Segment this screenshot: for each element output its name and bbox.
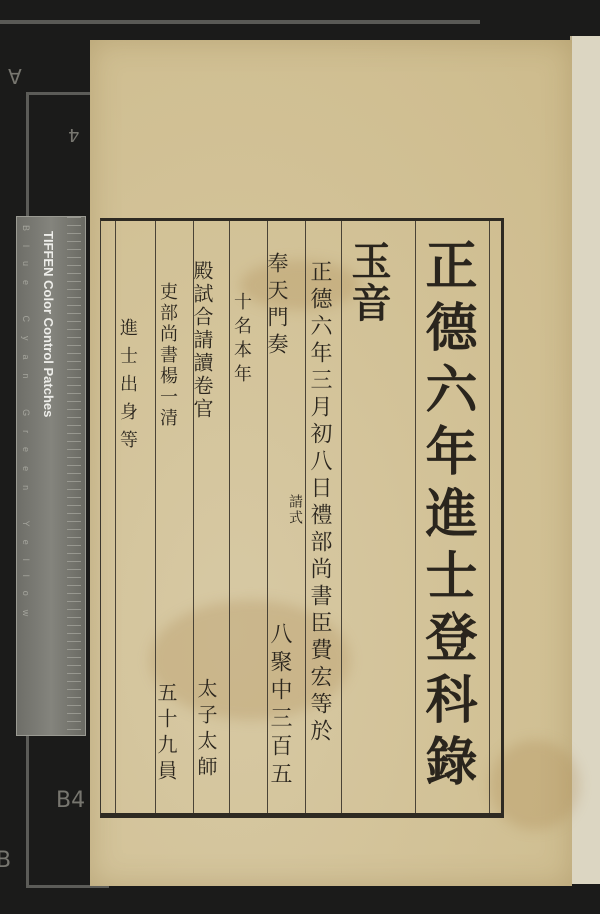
text-column-3: 十名本年: [232, 292, 250, 388]
strip-brand: TIFFEN Color Control Patches: [41, 231, 56, 417]
strip-patch-labels: Blue Cyan Green Yellow: [21, 225, 31, 630]
text-column-1: 正德六年三月初八日禮部尚書臣費宏等於: [308, 260, 330, 746]
column-rule: [489, 221, 490, 813]
document-title: 正德六年進士登科錄: [420, 238, 472, 796]
text-column-5-bottom: 五十九員: [156, 682, 176, 786]
document-subtitle: 玉音: [348, 240, 388, 324]
column-rule: [305, 221, 306, 813]
adjacent-page-edge: [570, 36, 600, 884]
backdrop-label-a: A: [8, 64, 22, 88]
color-control-strip: Blue Cyan Green Yellow TIFFEN Color Cont…: [16, 216, 86, 736]
strip-title: Color Control Patches: [41, 280, 56, 417]
column-rule: [229, 221, 230, 813]
patch-label: Green: [21, 409, 31, 504]
text-column-6: 進士出身等: [118, 318, 136, 458]
backdrop-label-4: 4: [68, 124, 79, 145]
text-column-5: 吏部尚書楊一清: [158, 282, 176, 429]
backdrop-stripe: [0, 20, 480, 24]
text-column-4-bottom: 太子太師: [196, 678, 216, 782]
patch-label: Yellow: [21, 521, 31, 631]
text-column-2-mid: 請式: [288, 494, 302, 526]
column-rule: [115, 221, 116, 813]
backdrop-label-b: B: [0, 848, 11, 873]
strip-brand-name: TIFFEN: [41, 231, 56, 277]
text-column-4: 殿試合請讀卷官: [192, 260, 212, 421]
strip-ruler: [67, 217, 81, 735]
text-column-2: 奉天門奏: [266, 252, 287, 360]
patch-label: Blue: [21, 225, 31, 299]
backdrop-label-b4: B4: [56, 788, 85, 813]
column-rule: [341, 221, 342, 813]
patch-label: Cyan: [21, 316, 31, 393]
text-column-1-cont: 八聚中三百五: [268, 622, 290, 790]
